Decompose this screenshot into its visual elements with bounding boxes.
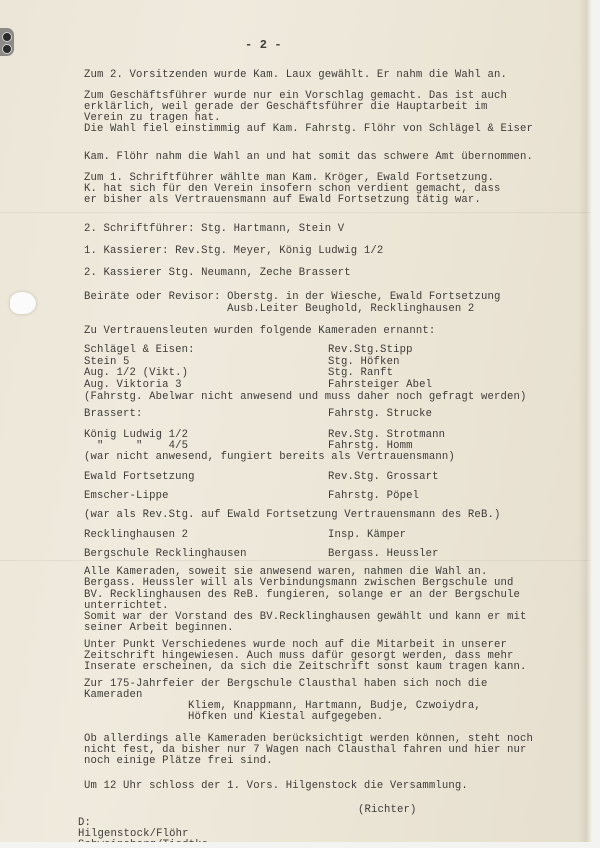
trustee-note: (war nicht anwesend, fungiert bereits al… [84,452,455,464]
trustee-mine-left: Recklinghausen 2 [84,530,188,542]
punch-hole [10,292,36,314]
trustee-mine-left: Ewald Fortsetzung [84,472,195,484]
paragraph-board-elected: Alle Kameraden, soweit sie anwesend ware… [84,567,527,635]
paragraph-clausthal-uncertain: Ob allerdings alle Kameraden berücksicht… [84,734,533,767]
paragraph-first-secretary: Zum 1. Schriftführer wählte man Kam. Krö… [84,173,500,206]
paragraph-first-treasurer: 1. Kassierer: Rev.Stg. Meyer, König Ludw… [84,246,383,258]
trustee-name-right: Fahrstg. Pöpel [328,491,419,503]
trustee-mine-left: Emscher-Lippe [84,491,169,503]
paragraph-trustees-intro: Zu Vertrauensleuten wurden folgende Kame… [84,326,435,338]
paragraph-miscellaneous: Unter Punkt Verschiedenes wurde noch auf… [84,640,527,673]
signature: (Richter) [358,805,417,817]
paragraph-floehr-accepts: Kam. Flöhr nahm die Wahl an und hat somi… [84,152,533,164]
document-page: - 2 - Zum 2. Vorsitzenden wurde Kam. Lau… [0,0,592,842]
trustee-mine-left: Schlägel & Eisen: Stein 5 Aug. 1/2 (Vikt… [84,345,195,391]
distribution-list: D: Hilgenstock/Flöhr Schweinsberg/Tiedtk… [78,818,208,842]
paragraph-vice-chair: Zum 2. Vorsitzenden wurde Kam. Laux gewä… [84,70,507,82]
trustee-mine-left: Bergschule Recklinghausen [84,549,247,561]
paragraph-clausthal-anniversary: Zur 175-Jahrfeier der Bergschule Clausth… [84,679,487,701]
trustee-mine-left: Brassert: [84,409,143,421]
paragraph-meeting-closed: Um 12 Uhr schloss der 1. Vors. Hilgensto… [84,781,468,793]
staple-clip-icon [0,28,14,56]
trustee-name-right: Bergass. Heussler [328,549,439,561]
trustee-name-right: Rev.Stg.Stipp Stg. Höfken Stg. Ranft Fah… [328,345,432,391]
trustee-name-right: Rev.Stg. Grossart [328,472,439,484]
paper-crease [0,212,592,213]
trustee-name-right: Insp. Kämper [328,530,406,542]
page-number: - 2 - [245,40,282,52]
trustee-note: (war als Rev.Stg. auf Ewald Fortsetzung … [84,510,500,522]
paragraph-advisors: Beiräte oder Revisor: Oberstg. in der Wi… [84,291,500,315]
paragraph-clausthal-names: Kliem, Knappmann, Hartmann, Budje, Czwoi… [188,701,481,723]
trustee-name-right: Fahrstg. Strucke [328,409,432,421]
trustee-name-right: Rev.Stg. Strotmann Fahrstg. Homm [328,430,445,452]
paragraph-managing-director: Zum Geschäftsführer wurde nur ein Vorsch… [84,91,533,135]
paragraph-second-treasurer: 2. Kassierer Stg. Neumann, Zeche Brasser… [84,268,351,280]
trustee-note: (Fahrstg. Abelwar nicht anwesend und mus… [84,392,527,404]
paragraph-second-secretary: 2. Schriftführer: Stg. Hartmann, Stein V [84,224,344,236]
trustee-mine-left: König Ludwig 1/2 " " 4/5 [84,430,188,452]
